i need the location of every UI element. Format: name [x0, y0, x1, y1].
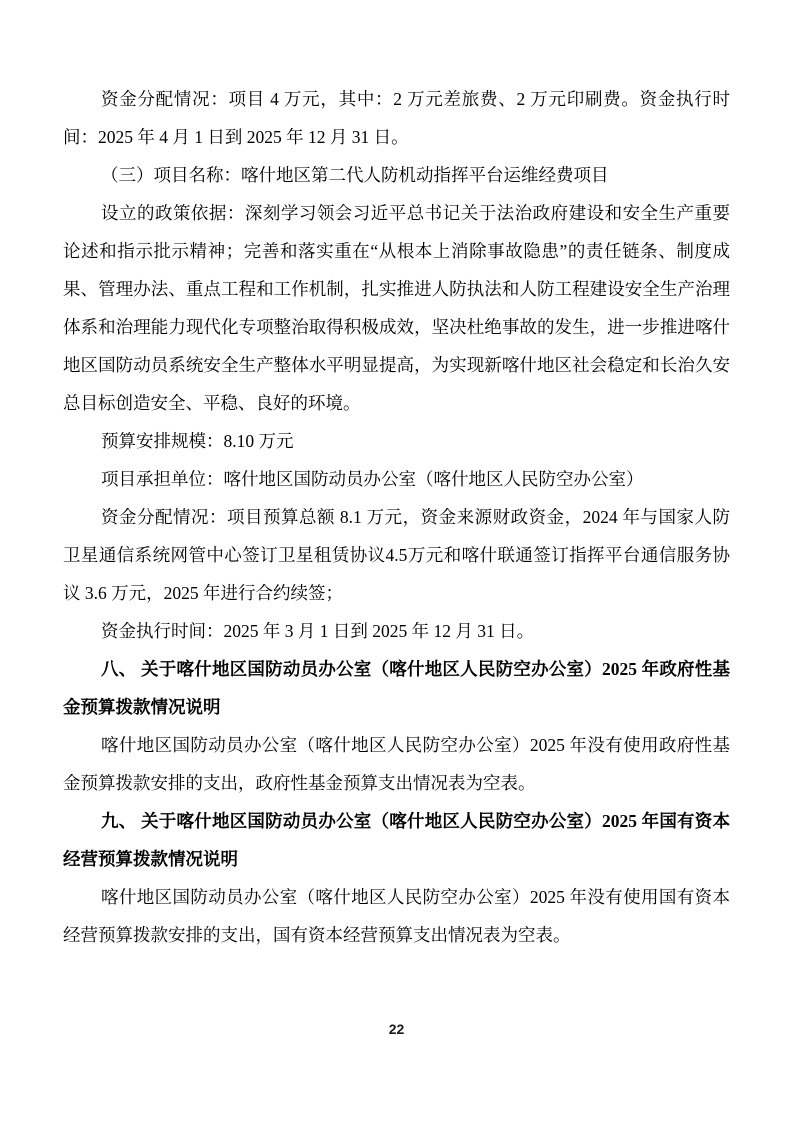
heading-section-8: 八、 关于喀什地区国防动员办公室（喀什地区人民防空办公室）2025 年政府性基金…	[63, 650, 730, 726]
heading-section-9: 九、 关于喀什地区国防动员办公室（喀什地区人民防空办公室）2025 年国有资本经…	[63, 802, 730, 878]
page-number: 22	[0, 1021, 793, 1037]
paragraph-fund-allocation-project-2: 资金分配情况：项目 4 万元，其中：2 万元差旅费、2 万元印刷费。资金执行时间…	[63, 80, 730, 156]
paragraph-project-3-fund-allocation: 资金分配情况：项目预算总额 8.1 万元，资金来源财政资金，2024 年与国家人…	[63, 498, 730, 612]
paragraph-project-3-budget-scale: 预算安排规模：8.10 万元	[63, 422, 730, 460]
paragraph-project-3-execution-time: 资金执行时间：2025 年 3 月 1 日到 2025 年 12 月 31 日。	[63, 612, 730, 650]
paragraph-project-3-name: （三）项目名称：喀什地区第二代人防机动指挥平台运维经费项目	[63, 156, 730, 194]
paragraph-section-8-body: 喀什地区国防动员办公室（喀什地区人民防空办公室）2025 年没有使用政府性基金预…	[63, 726, 730, 802]
paragraph-project-3-undertaker: 项目承担单位：喀什地区国防动员办公室（喀什地区人民防空办公室）	[63, 460, 730, 498]
paragraph-section-9-body: 喀什地区国防动员办公室（喀什地区人民防空办公室）2025 年没有使用国有资本经营…	[63, 878, 730, 954]
document-content: 资金分配情况：项目 4 万元，其中：2 万元差旅费、2 万元印刷费。资金执行时间…	[63, 80, 730, 954]
document-page: 资金分配情况：项目 4 万元，其中：2 万元差旅费、2 万元印刷费。资金执行时间…	[0, 0, 793, 1122]
paragraph-project-3-policy-basis: 设立的政策依据：深刻学习领会习近平总书记关于法治政府建设和安全生产重要论述和指示…	[63, 194, 730, 422]
